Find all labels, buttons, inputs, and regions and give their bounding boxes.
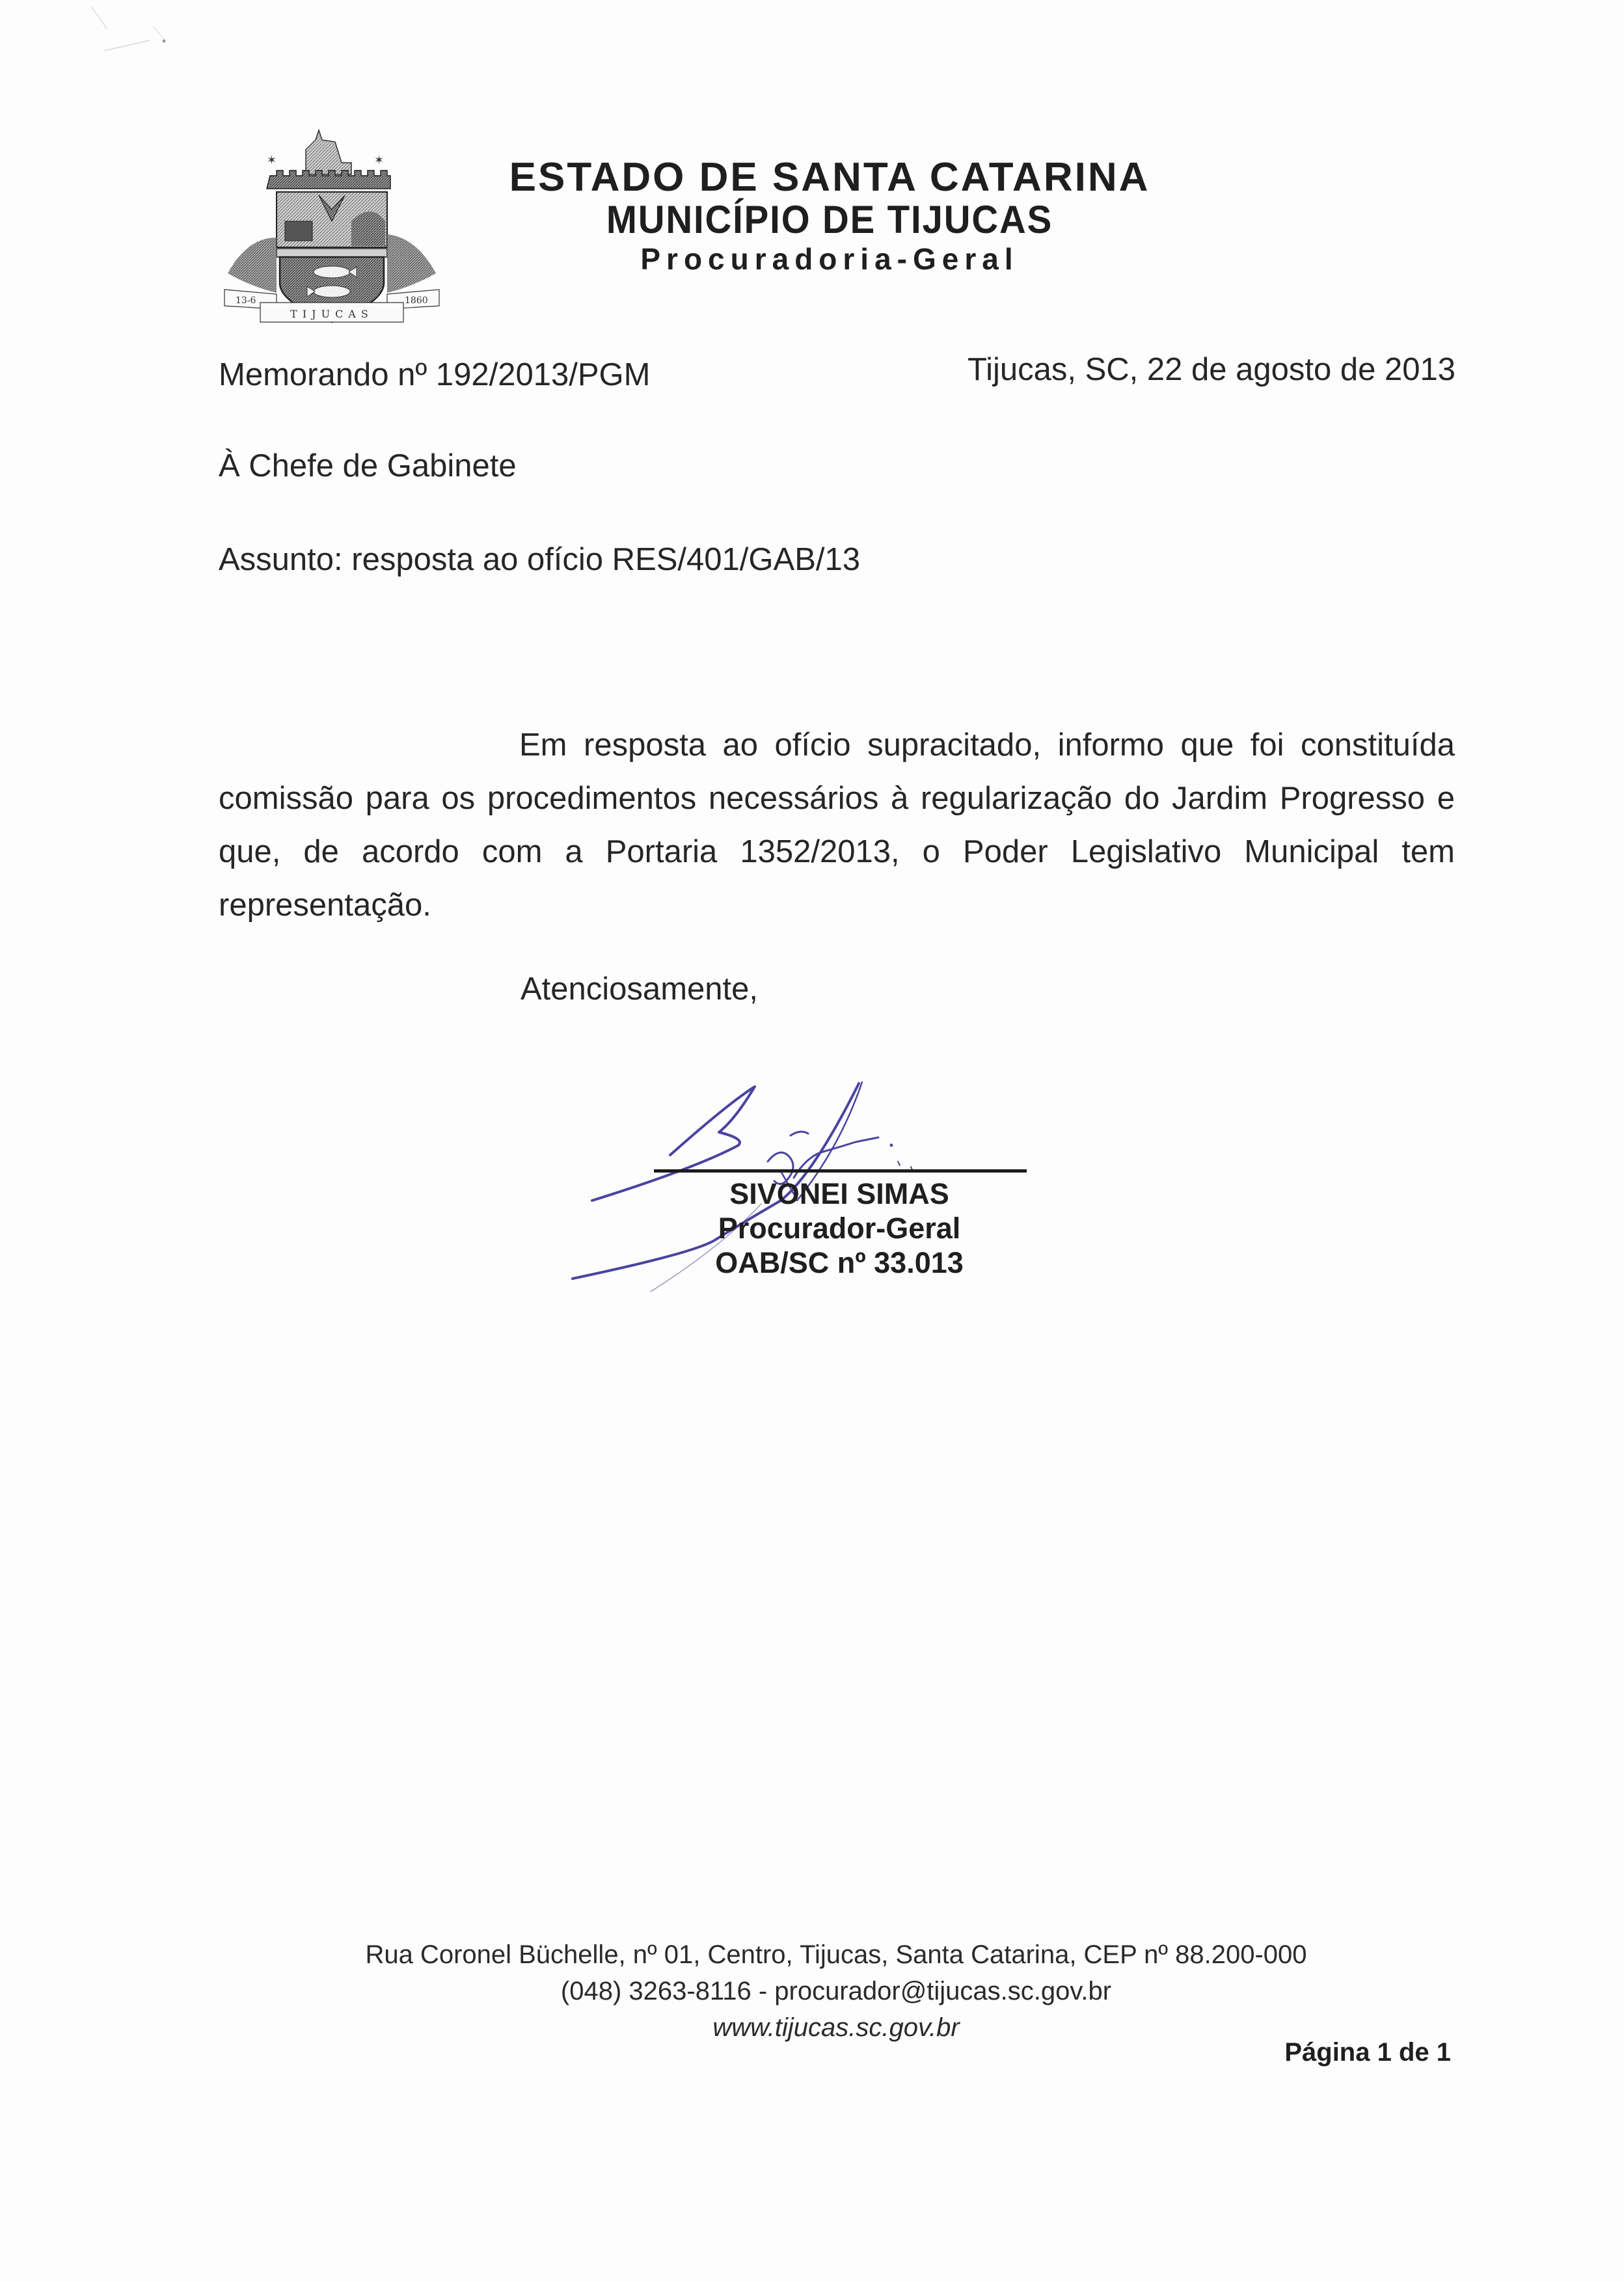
svg-text:TIJUCAS: TIJUCAS bbox=[290, 308, 373, 320]
svg-text:✶: ✶ bbox=[374, 154, 384, 167]
coat-of-arms-icon: ✶ ✶ 13-6 1860 TIJUCAS bbox=[215, 124, 462, 325]
signatory-block: SIVONEI SIMAS Procurador-Geral OAB/SC nº… bbox=[651, 1176, 1028, 1280]
signatory-registration: OAB/SC nº 33.013 bbox=[651, 1245, 1028, 1280]
memo-subject: Assunto: resposta ao ofício RES/401/GAB/… bbox=[219, 541, 860, 578]
page-number: Página 1 de 1 bbox=[1282, 2038, 1451, 2067]
signatory-name: SIVONEI SIMAS bbox=[651, 1176, 1028, 1211]
footer-website: www.tijucas.sc.gov.br bbox=[345, 2011, 1327, 2044]
memo-place-date: Tijucas, SC, 22 de agosto de 2013 bbox=[968, 351, 1455, 388]
header-state: ESTADO DE SANTA CATARINA bbox=[494, 156, 1165, 199]
footer-contact: (048) 3263-8116 - procurador@tijucas.sc.… bbox=[345, 1974, 1327, 2008]
closing-salutation: Atenciosamente, bbox=[521, 971, 758, 1007]
memo-number: Memorando nº 192/2013/PGM bbox=[219, 357, 650, 393]
signature-line bbox=[654, 1169, 1027, 1173]
svg-text:1860: 1860 bbox=[405, 295, 428, 306]
svg-text:13-6: 13-6 bbox=[236, 295, 256, 306]
svg-text:✶: ✶ bbox=[267, 154, 277, 167]
header-municipality: MUNICÍPIO DE TIJUCAS bbox=[515, 199, 1144, 241]
memo-recipient: À Chefe de Gabinete bbox=[219, 448, 517, 484]
body-paragraph: Em resposta ao ofício supracitado, infor… bbox=[219, 718, 1455, 932]
header-department: Procuradoria-Geral bbox=[494, 242, 1165, 276]
scan-artifact-mark bbox=[85, 0, 176, 52]
signatory-title: Procurador-Geral bbox=[651, 1211, 1028, 1245]
footer-address: Rua Coronel Büchelle, nº 01, Centro, Tij… bbox=[345, 1938, 1327, 1972]
